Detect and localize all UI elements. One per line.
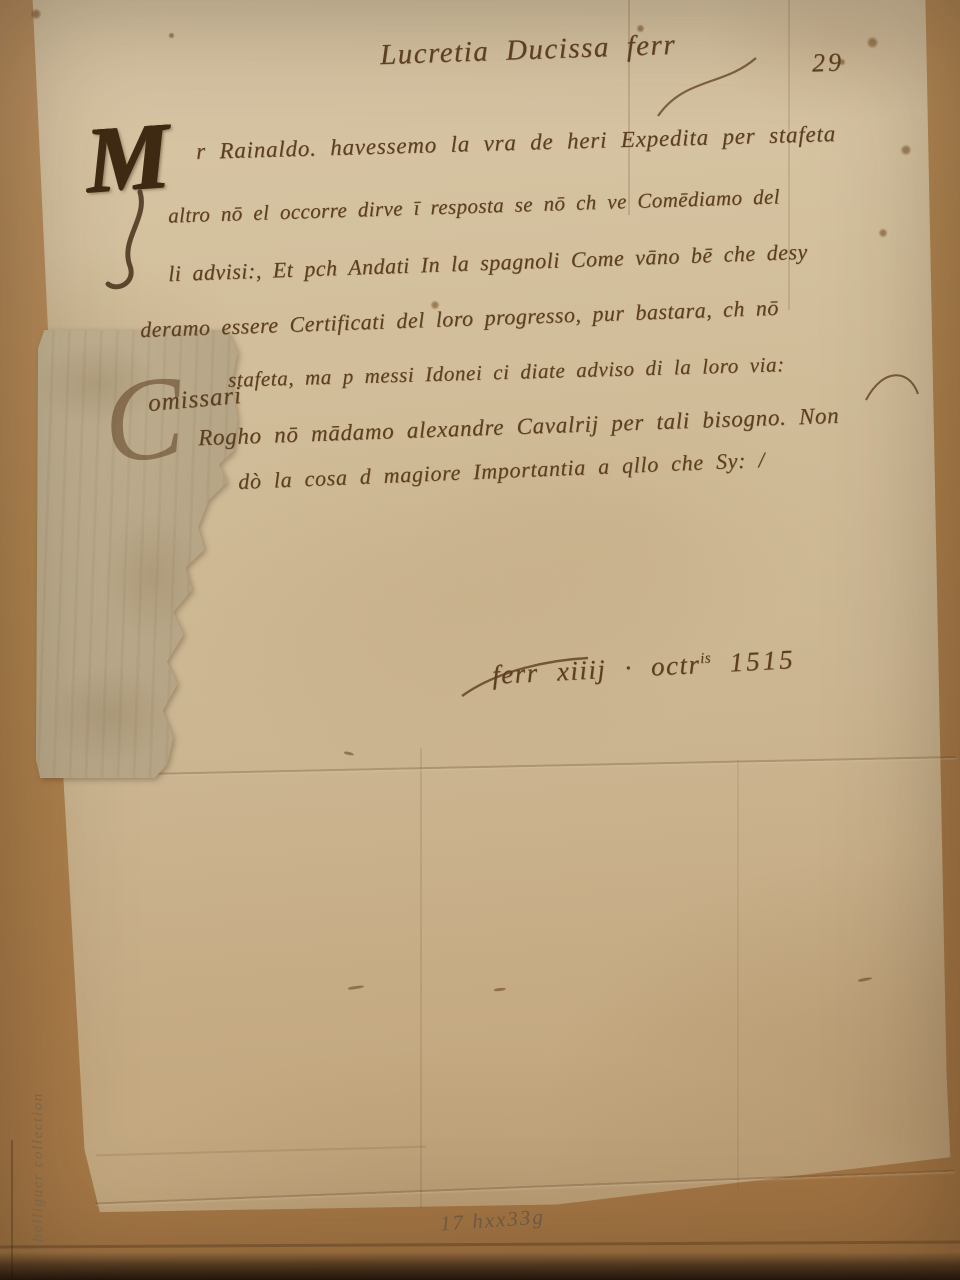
bottom-shadow — [0, 1252, 960, 1280]
dateline-superscript: is — [700, 650, 712, 667]
stain-spot — [168, 32, 175, 39]
shelfmark-note: 17 hxx33g — [439, 1204, 545, 1236]
stain-spot — [878, 228, 888, 238]
fold-crease-vertical — [420, 748, 422, 1208]
fold-crease-vertical — [737, 760, 739, 1190]
mat-bottom-edge — [0, 1240, 960, 1248]
folio-number: 29 — [811, 47, 844, 78]
stain-spot — [900, 144, 912, 156]
initial-descender-flourish — [100, 188, 160, 298]
stain-spot — [30, 8, 42, 20]
stain-spot — [866, 36, 879, 49]
collection-note-vertical: halliguer collection — [30, 997, 47, 1242]
manuscript-photograph: Lucretia Ducissa ferr 29 M r Rainaldo. h… — [0, 0, 960, 1280]
line-end-flourish — [862, 356, 926, 412]
heading-flourish — [640, 52, 760, 124]
margin-note-initial: C — [97, 348, 190, 491]
dateline-year: 1515 — [729, 644, 796, 677]
